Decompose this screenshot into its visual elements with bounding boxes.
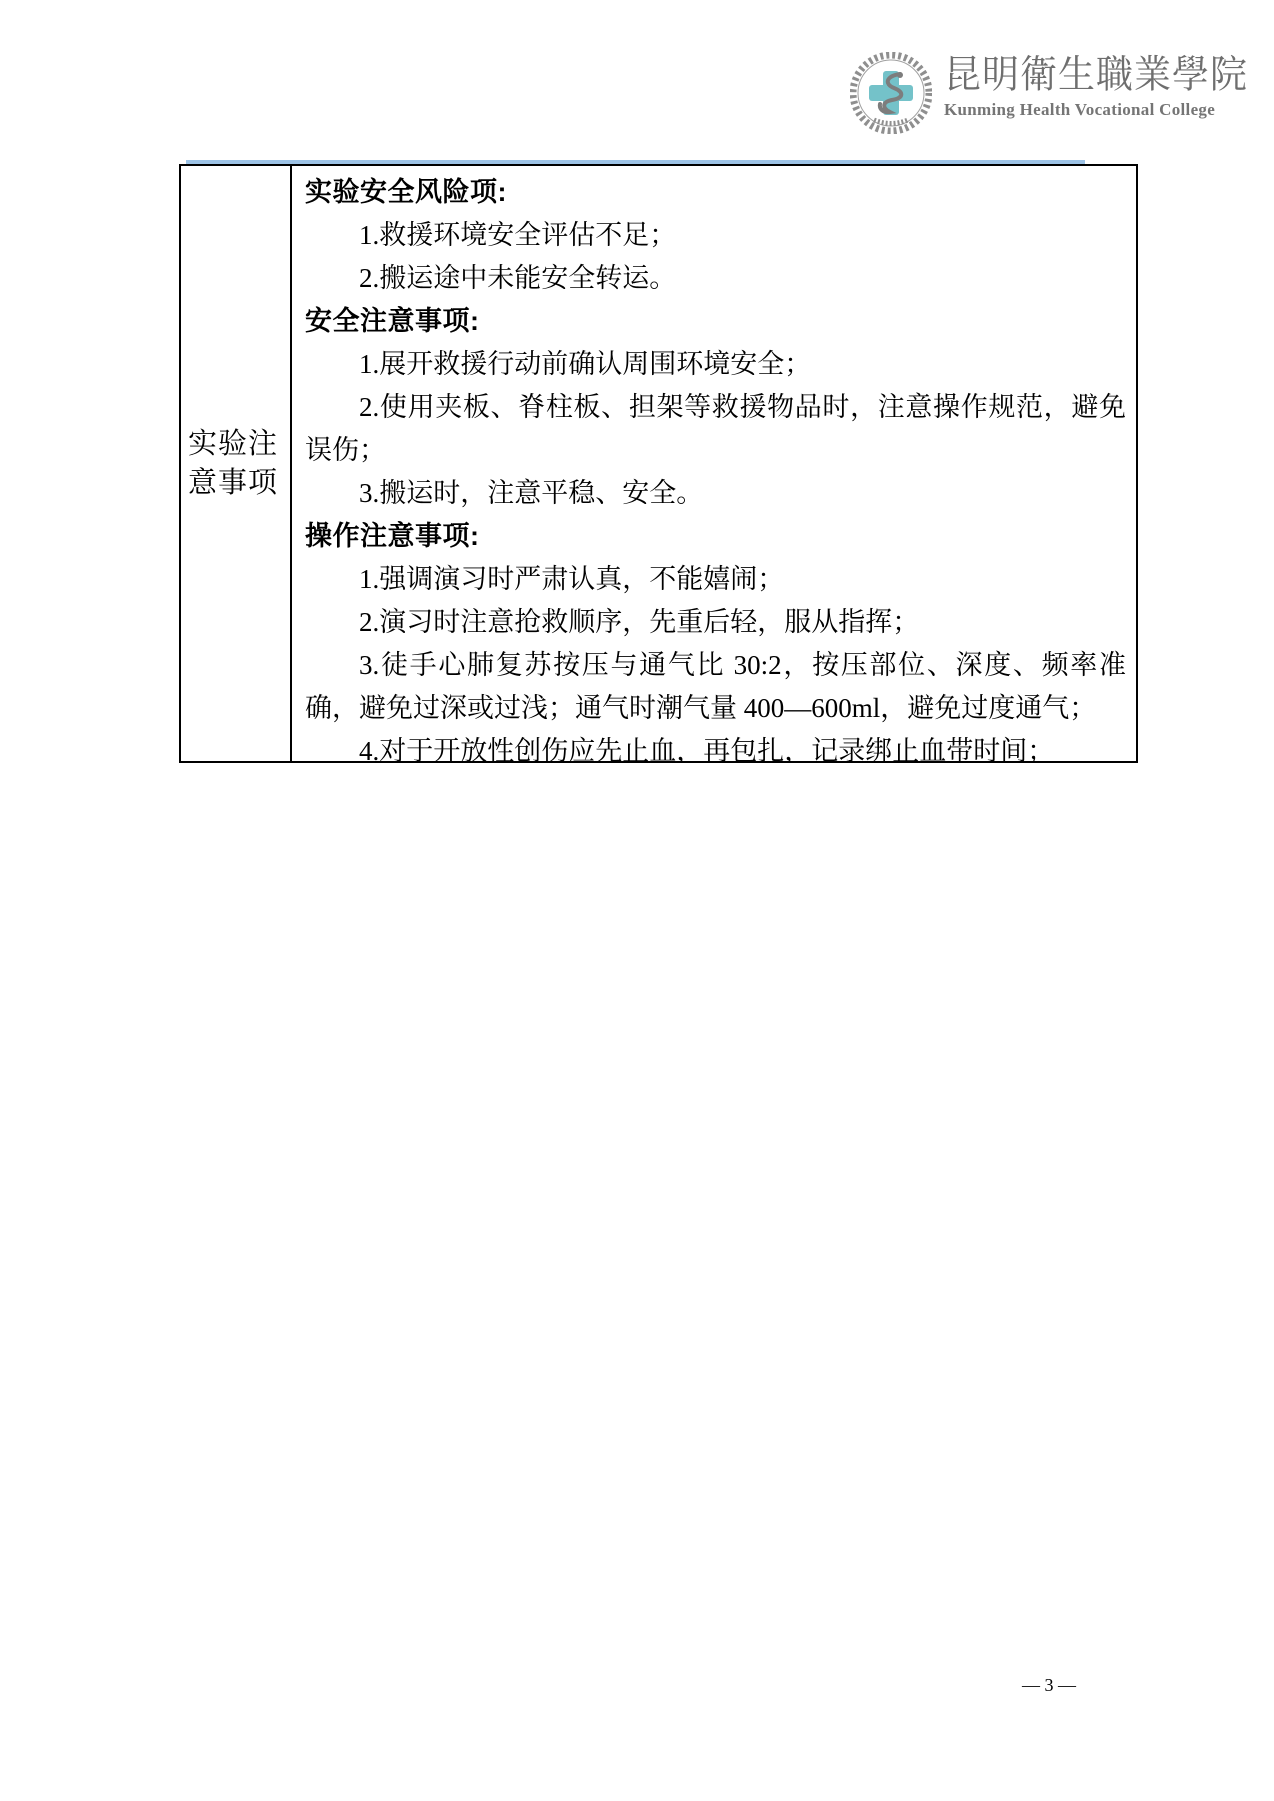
section-heading-operation: 操作注意事项: (305, 515, 1126, 558)
college-name-zh: 昆明衛生職業學院 (944, 53, 1248, 99)
page-number: — 3 — (1022, 1674, 1076, 1696)
note-item: 3.搬运时，注意平稳、安全。 (305, 472, 1126, 515)
college-name-block: 昆明衛生職業學院 Kunming Health Vocational Colle… (944, 48, 1248, 120)
section-heading-risk: 实验安全风险项: (305, 171, 1126, 214)
note-item: 2.搬运途中未能安全转运。 (305, 257, 1126, 300)
page-header: 昆明衛生職業學院 Kunming Health Vocational Colle… (850, 48, 1230, 133)
row-label-cell: 实验注意事项 (181, 166, 292, 761)
row-label: 实验注意事项 (181, 425, 280, 503)
note-item: 1.展开救援行动前确认周围环境安全； (305, 343, 1126, 386)
notes-table: 实验注意事项 实验安全风险项: 1.救援环境安全评估不足； 2.搬运途中未能安全… (179, 164, 1138, 763)
college-seal-icon (850, 52, 932, 134)
note-item: 1.救援环境安全评估不足； (305, 214, 1126, 257)
note-item: 2.演习时注意抢救顺序，先重后轻，服从指挥； (305, 601, 1126, 644)
section-heading-safety: 安全注意事项: (305, 300, 1126, 343)
note-item: 3.徒手心肺复苏按压与通气比 30:2，按压部位、深度、频率准确，避免过深或过浅… (305, 644, 1126, 730)
notes-content-cell: 实验安全风险项: 1.救援环境安全评估不足； 2.搬运途中未能安全转运。 安全注… (292, 166, 1136, 761)
college-name-en: Kunming Health Vocational College (944, 100, 1248, 120)
note-item: 2.使用夹板、脊柱板、担架等救援物品时，注意操作规范，避免误伤； (305, 386, 1126, 472)
note-item: 4.对于开放性创伤应先止血，再包扎，记录绑止血带时间； (305, 730, 1126, 761)
note-item: 1.强调演习时严肃认真，不能嬉闹； (305, 558, 1126, 601)
